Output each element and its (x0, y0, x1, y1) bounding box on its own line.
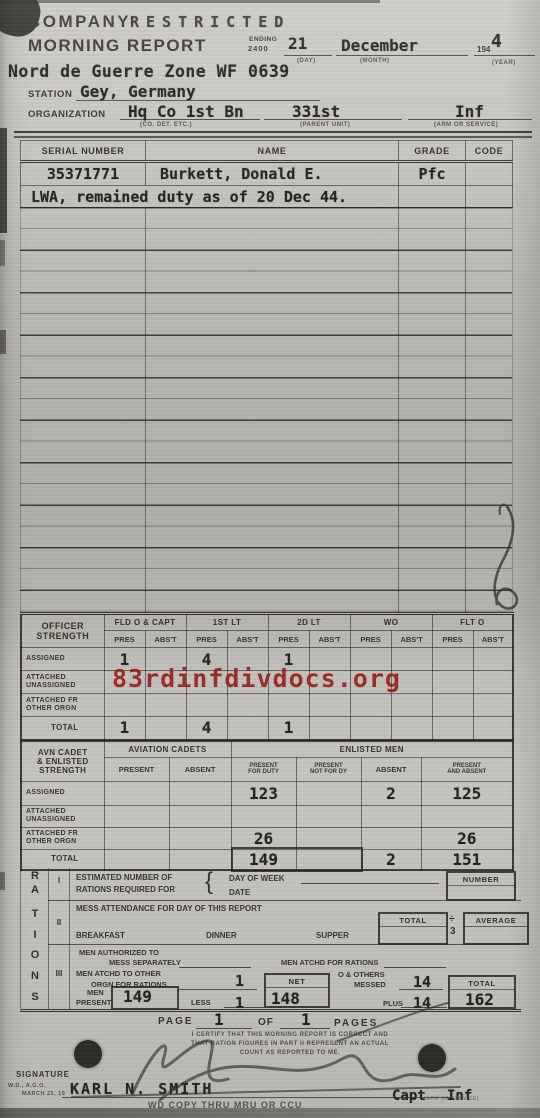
company-title: COMPANY (28, 12, 131, 32)
page-num: 1 (214, 1010, 224, 1029)
officer-cell (350, 694, 391, 717)
officer-cell (145, 694, 186, 717)
punch-hole-left (74, 1040, 102, 1068)
col-present-for-duty: PRESENT FOR DUTY (231, 757, 296, 781)
enlisted-cell (169, 849, 231, 870)
men-present-value: 149 (123, 987, 152, 1006)
page-num-line (196, 1028, 252, 1029)
form-number-line: W.D., A.G.O. (8, 1083, 46, 1089)
men-label: MEN (87, 988, 104, 997)
less-value: 1 (235, 994, 244, 1012)
header-divider-2 (14, 136, 532, 138)
group-aviation-cadets: AVIATION CADETS (104, 741, 231, 757)
of-label: OF (258, 1017, 274, 1028)
enlisted-title-cell: AVN CADET & ENLISTED STRENGTH (21, 741, 104, 781)
enlisted-cell (361, 805, 421, 827)
auth-line1: MEN AUTHORIZED TO (79, 948, 159, 957)
pages-label: PAGES (334, 1018, 378, 1029)
rations-section: R A T I O N S I II III ESTIMATED NUMBER … (20, 868, 521, 1012)
certification-text: I CERTIFY THAT THIS MORNING REPORT IS CO… (140, 1031, 440, 1058)
station-underline (76, 100, 320, 101)
divisor: 3 (450, 926, 456, 937)
scan-artifact-top-strip (0, 0, 380, 3)
less-line (224, 1007, 264, 1008)
ending-label: ENDING (249, 36, 277, 43)
officer-group-header-row: OFFICER STRENGTH FLD O & CAPT 1ST LT 2D … (21, 614, 513, 631)
enlisted-cell (296, 781, 361, 805)
row-label-attached-unassigned: ATTACHEDUNASSIGNED (21, 805, 104, 827)
row-label-assigned: ASSIGNED (21, 648, 104, 671)
remark-value: LWA, remained duty as of 20 Dec 44. (21, 186, 399, 208)
month-sublabel: (MONTH) (360, 58, 390, 64)
group-fldo-capt: FLD O & CAPT (104, 614, 186, 631)
org-parent-underline (264, 119, 402, 120)
officer-cell (432, 671, 473, 694)
enlisted-cell (104, 805, 169, 827)
officer-cell: 1 (268, 717, 309, 740)
enlisted-assigned-row: ASSIGNED 123 2 125 (21, 781, 513, 805)
officer-cell (473, 648, 513, 671)
enlisted-strength-table: AVN CADET & ENLISTED STRENGTH AVIATION C… (20, 740, 514, 871)
officer-cell (391, 694, 432, 717)
year-sublabel: (YEAR) (492, 60, 516, 66)
officer-cell (473, 694, 513, 717)
blank-edge-right (512, 207, 513, 612)
enlisted-cell: 2 (361, 849, 421, 870)
dinner-label: DINNER (206, 931, 237, 940)
others-line (399, 989, 443, 990)
enlisted-cell (169, 781, 231, 805)
section-numeral-1: I (50, 876, 68, 885)
officer-cell (104, 694, 145, 717)
officer-title-cell: OFFICER STRENGTH (21, 614, 104, 648)
rations-letter: T (27, 908, 43, 920)
signer-name: KARL N. SMITH (70, 1080, 213, 1098)
officer-cell: 4 (186, 717, 227, 740)
copy-note: WD COPY THRU MRU OR CCU (148, 1100, 302, 1110)
restricted-stamp: RESTRICTED (130, 13, 290, 31)
org-parent-sublabel: (PARENT UNIT) (300, 122, 350, 128)
officer-cell (145, 717, 186, 740)
year-underline (474, 55, 535, 56)
row-label-attached-unassigned: ATTACHEDUNASSIGNED (21, 671, 104, 694)
officer-cell (227, 717, 268, 740)
website-watermark: 83rdinfdivdocs.org (112, 664, 401, 693)
pres-header: PRES (350, 631, 391, 648)
enlisted-attached-unassigned-row: ATTACHEDUNASSIGNED (21, 805, 513, 827)
less-label: LESS (191, 998, 211, 1007)
scanned-morning-report: COMPANY RESTRICTED MORNING REPORT ENDING… (0, 0, 540, 1118)
others-line1: O & OTHERS (338, 970, 385, 979)
officer-cell (473, 671, 513, 694)
serial-value: 35371771 (21, 162, 146, 186)
enlisted-cell (169, 805, 231, 827)
rations-section-divider (48, 944, 521, 945)
arm-or-service-sublabel: (ARM OR SERVICE) (424, 1096, 479, 1102)
col-name: NAME (146, 141, 399, 162)
zone-line: Nord de Guerre Zone WF 0639 (8, 62, 290, 81)
month-underline (336, 55, 468, 56)
present-label: PRESENT (76, 998, 111, 1007)
enlisted-cell (421, 805, 513, 827)
form-date-line: MARCH 25, 19 (22, 1091, 65, 1097)
officer-cell (350, 717, 391, 740)
report-month-value: December (341, 36, 418, 55)
sec2-line1: MESS ATTENDANCE FOR DAY OF THIS REPORT (76, 904, 262, 913)
row-label-assigned: ASSIGNED (21, 781, 104, 805)
roster-header-row: SERIAL NUMBER NAME GRADE CODE (21, 141, 513, 162)
mess-separately-line (179, 967, 251, 968)
rations-letter: N (27, 970, 43, 982)
code-value (466, 162, 513, 186)
officer-cell (391, 717, 432, 740)
officer-attached-fr-row: ATTACHED FROTHER ORGN (21, 694, 513, 717)
signer-grade: Capt (392, 1088, 426, 1104)
day-of-week-line (301, 883, 439, 884)
row-label-total: TOTAL (21, 717, 104, 740)
blank-divider-grade (398, 207, 399, 612)
officer-cell (432, 648, 473, 671)
pages-num: 1 (301, 1010, 311, 1029)
officer-cell (309, 694, 350, 717)
atchd-other-line (179, 989, 257, 990)
abst-header: ABS'T (227, 631, 268, 648)
year-printed: 194 (477, 45, 490, 54)
rations-letter: R (27, 870, 43, 882)
day-of-week-label: DAY OF WEEK (229, 874, 285, 883)
day-sublabel: (DAY) (297, 58, 316, 64)
number-box: NUMBER (446, 871, 516, 901)
enlisted-cell (104, 849, 169, 870)
report-year-value: 4 (491, 31, 502, 52)
enlisted-cell: 26 (421, 827, 513, 849)
enlisted-cell: 151 (421, 849, 513, 870)
rations-divider (48, 868, 49, 1009)
rations-letter: O (27, 949, 43, 961)
abst-header: ABS'T (145, 631, 186, 648)
ending-time: 2400 (248, 44, 269, 53)
enlisted-cell (296, 805, 361, 827)
officer-cell: 1 (104, 717, 145, 740)
atchd-other-line1: MEN ATCHD TO OTHER (76, 969, 161, 978)
atchd-for-rations-label: MEN ATCHD FOR RATIONS (281, 958, 378, 967)
divide-sign: ÷ (449, 914, 455, 925)
officer-cell (309, 717, 350, 740)
scan-artifact-left-streak (0, 872, 5, 890)
col-grade: GRADE (399, 141, 466, 162)
blank-divider-serial (145, 207, 146, 612)
row-label-attached-fr: ATTACHED FROTHER ORGN (21, 694, 104, 717)
station-value: Gey, Germany (80, 82, 196, 101)
col-present-and-absent: PRESENT AND ABSENT (421, 757, 513, 781)
station-label: STATION (28, 89, 72, 100)
officer-cell (186, 694, 227, 717)
col-serial-number: SERIAL NUMBER (21, 141, 146, 162)
plus-line (401, 1007, 447, 1008)
sec1-line2: RATIONS REQUIRED FOR (76, 885, 175, 894)
officer-cell (227, 694, 268, 717)
enlisted-total-row: TOTAL 149 2 151 (21, 849, 513, 870)
pres-header: PRES (432, 631, 473, 648)
grand-total-value: 162 (465, 990, 494, 1009)
group-flt-o: FLT O (432, 614, 513, 631)
remark-code-cell (466, 186, 513, 208)
mess-separately-label: MESS SEPARATELY (109, 958, 181, 967)
enlisted-attached-fr-row: ATTACHED FROTHER ORGN 26 26 (21, 827, 513, 849)
scan-artifact-left-streak (0, 330, 6, 354)
col-present-not-for-dy: PRESENT NOT FOR DY (296, 757, 361, 781)
name-value: Burkett, Donald E. (146, 162, 399, 186)
officer-cell (432, 717, 473, 740)
blank-divider-code (465, 207, 466, 612)
section-numeral-3: III (50, 969, 68, 978)
header-divider-1 (14, 131, 532, 133)
grade-value: Pfc (399, 162, 466, 186)
sec1-line1: ESTIMATED NUMBER OF (76, 873, 172, 882)
pres-header: PRES (186, 631, 227, 648)
average-box: AVERAGE (463, 912, 529, 945)
officer-cell (268, 694, 309, 717)
atchd-other-value: 1 (235, 972, 244, 990)
report-day-value: 21 (288, 34, 307, 53)
pres-header: PRES (268, 631, 309, 648)
scan-artifact-left-streak (0, 128, 7, 233)
page-label: PAGE (158, 1016, 194, 1027)
enlisted-group-header-row: AVN CADET & ENLISTED STRENGTH AVIATION C… (21, 741, 513, 757)
atchd-for-rations-line (384, 967, 446, 968)
officer-cell (432, 694, 473, 717)
breakfast-label: BREAKFAST (76, 931, 125, 940)
rations-letter: A (27, 884, 43, 896)
plus-label: PLUS (383, 999, 403, 1008)
org-unit-sublabel: (CO. DET. ETC.) (140, 122, 192, 128)
roster-table: SERIAL NUMBER NAME GRADE CODE 35371771 B… (20, 140, 513, 208)
abst-header: ABS'T (391, 631, 432, 648)
enlisted-cell (231, 805, 296, 827)
col-av-present: PRESENT (104, 757, 169, 781)
col-en-absent: ABSENT (361, 757, 421, 781)
enlisted-cell (296, 849, 361, 870)
row-label-attached-fr: ATTACHED FROTHER ORGN (21, 827, 104, 849)
col-av-absent: ABSENT (169, 757, 231, 781)
enlisted-cell (169, 827, 231, 849)
group-enlisted-men: ENLISTED MEN (231, 741, 513, 757)
total-box: TOTAL (378, 912, 448, 945)
enlisted-cell: 2 (361, 781, 421, 805)
rations-divider (69, 868, 70, 1009)
row-label-total: TOTAL (21, 849, 104, 870)
col-code: CODE (466, 141, 513, 162)
brace: { (205, 868, 213, 896)
group-2d-lt: 2D LT (268, 614, 350, 631)
morning-report-title: MORNING REPORT (28, 36, 207, 56)
org-arm-sublabel: (ARM OR SERVICE) (434, 122, 498, 128)
officer-total-row: TOTAL 1 4 1 (21, 717, 513, 740)
group-wo: WO (350, 614, 432, 631)
net-value: 148 (271, 989, 300, 1008)
scan-artifact-left-streak (0, 240, 5, 266)
rations-letter: I (27, 929, 43, 941)
enlisted-cell: 149 (231, 849, 296, 870)
enlisted-cell: 26 (231, 827, 296, 849)
enlisted-cell (361, 827, 421, 849)
date-label: DATE (229, 888, 250, 897)
abst-header: ABS'T (309, 631, 350, 648)
remark-grade-cell (399, 186, 466, 208)
organization-label: ORGANIZATION (28, 109, 105, 120)
enlisted-cell: 125 (421, 781, 513, 805)
roster-entry-row: 35371771 Burkett, Donald E. Pfc (21, 162, 513, 186)
others-line2: MESSED (354, 980, 386, 989)
enlisted-cell (104, 781, 169, 805)
group-1st-lt: 1ST LT (186, 614, 268, 631)
rations-letter: S (27, 991, 43, 1003)
officer-cell (473, 717, 513, 740)
abst-header: ABS'T (473, 631, 513, 648)
supper-label: SUPPER (316, 931, 349, 940)
signature-label: SIGNATURE (16, 1070, 70, 1079)
punch-hole-right (418, 1044, 446, 1072)
blank-roster-lines (20, 207, 512, 612)
roster-remark-row: LWA, remained duty as of 20 Dec 44. (21, 186, 513, 208)
blank-edge-left (20, 207, 21, 612)
date-underline (284, 55, 332, 56)
enlisted-cell: 123 (231, 781, 296, 805)
org-arm-underline (408, 119, 532, 120)
enlisted-cell (104, 827, 169, 849)
plus-value: 14 (413, 994, 431, 1012)
section-numeral-2: II (50, 918, 68, 927)
enlisted-cell (296, 827, 361, 849)
org-unit-underline (120, 119, 260, 120)
pres-header: PRES (104, 631, 145, 648)
